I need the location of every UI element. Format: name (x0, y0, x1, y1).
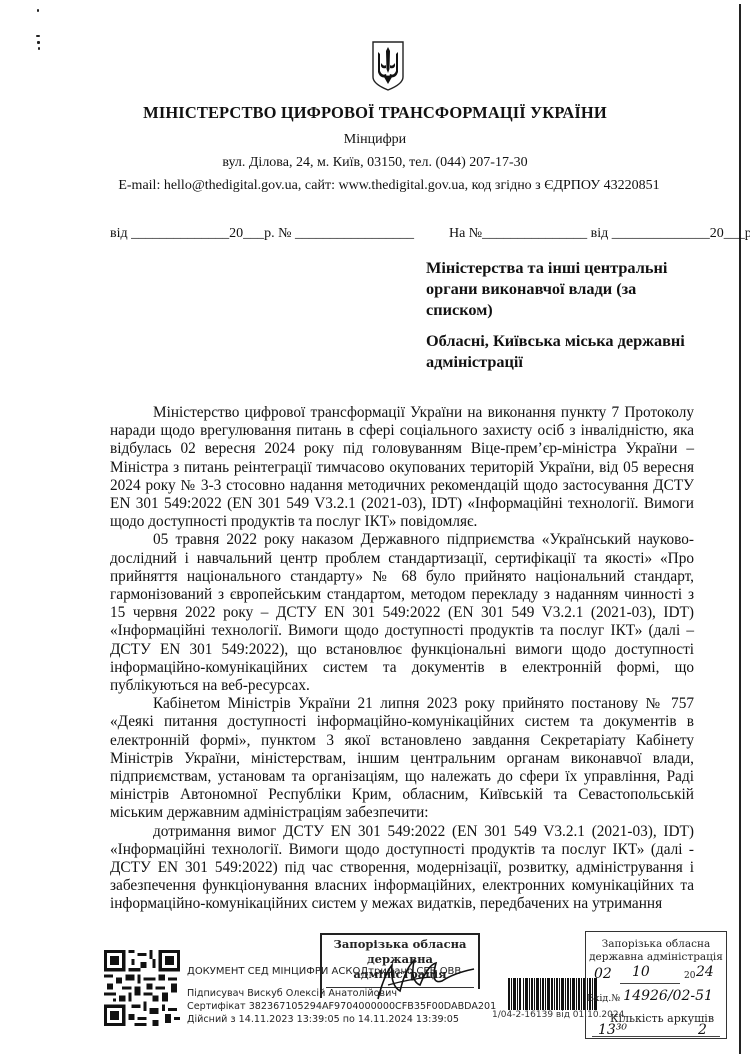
scan-speck (37, 9, 39, 12)
e-signature-signer: Підписувач Вискуб Олексій Анатолійович (187, 988, 397, 999)
incoming-registration-stamp: Запорізька обласна державна адміністраці… (585, 931, 727, 1039)
handwritten-signature-icon (370, 955, 480, 1005)
reply-year-prefix: 20 (710, 226, 724, 241)
incoming-stamp-line2: державна адміністрація (586, 951, 726, 963)
letter-body: Міністерство цифрової трансформації Укра… (110, 404, 694, 914)
incoming-date-year-prefix: 20 (684, 971, 695, 981)
addressee-regional-administrations: Обласні, Київська міська державні адміні… (426, 330, 696, 372)
stamp-border (320, 988, 322, 998)
reply-year-suffix: р. (745, 226, 750, 241)
incoming-number-value: 14926/02-51 (623, 988, 713, 1004)
incoming-date-day: 02 (594, 966, 612, 982)
year-prefix: 20 (229, 226, 243, 241)
scan-speck (38, 47, 40, 50)
scan-speck (37, 41, 40, 44)
received-stamp-line1: Запорізька обласна (322, 937, 478, 952)
ministry-contacts: E-mail: hello@thedigital.gov.ua, сайт: w… (28, 178, 750, 194)
reply-from-label: від (591, 226, 609, 241)
pages-underline (592, 1036, 720, 1037)
qr-code-icon (104, 950, 180, 1026)
year-suffix: р. (264, 226, 275, 241)
incoming-date-month: 10 (632, 964, 650, 980)
reference-line: від ______________20___р. № ____________… (110, 226, 680, 242)
addressee-ministries: Міністерства та інші центральні органи в… (426, 257, 696, 320)
incoming-number-label: Вхід.№ (587, 993, 620, 1004)
reply-label: На № (449, 226, 482, 241)
incoming-stamp-line1: Запорізька обласна (586, 938, 726, 950)
incoming-date: 02 10 20 24 (592, 968, 722, 984)
from-label: від (110, 226, 128, 241)
e-signature-validity: Дійсний з 14.11.2023 13:39:05 по 14.11.2… (187, 1014, 459, 1025)
body-paragraph: дотримання вимог ДСТУ EN 301 549:2022 (E… (110, 823, 694, 914)
scan-speck (36, 35, 40, 37)
body-paragraph: 05 травня 2022 року наказом Державного п… (110, 531, 694, 695)
body-paragraph: Міністерство цифрової трансформації Укра… (110, 404, 694, 531)
incoming-number-row: Вхід.№ 14926/02-51 (587, 989, 713, 1005)
number-label: № (278, 226, 291, 241)
ministry-short-name: Мінцифри (0, 132, 750, 148)
body-paragraph: Кабінетом Міністрів України 21 липня 202… (110, 695, 694, 822)
date-underline (620, 983, 680, 984)
ministry-address: вул. Ділова, 24, м. Київ, 03150, тел. (0… (0, 155, 750, 171)
trident-emblem-icon (372, 41, 404, 91)
ministry-name: МІНІСТЕРСТВО ЦИФРОВОЇ ТРАНСФОРМАЦІЇ УКРА… (0, 103, 750, 123)
incoming-date-year: 24 (696, 964, 714, 980)
